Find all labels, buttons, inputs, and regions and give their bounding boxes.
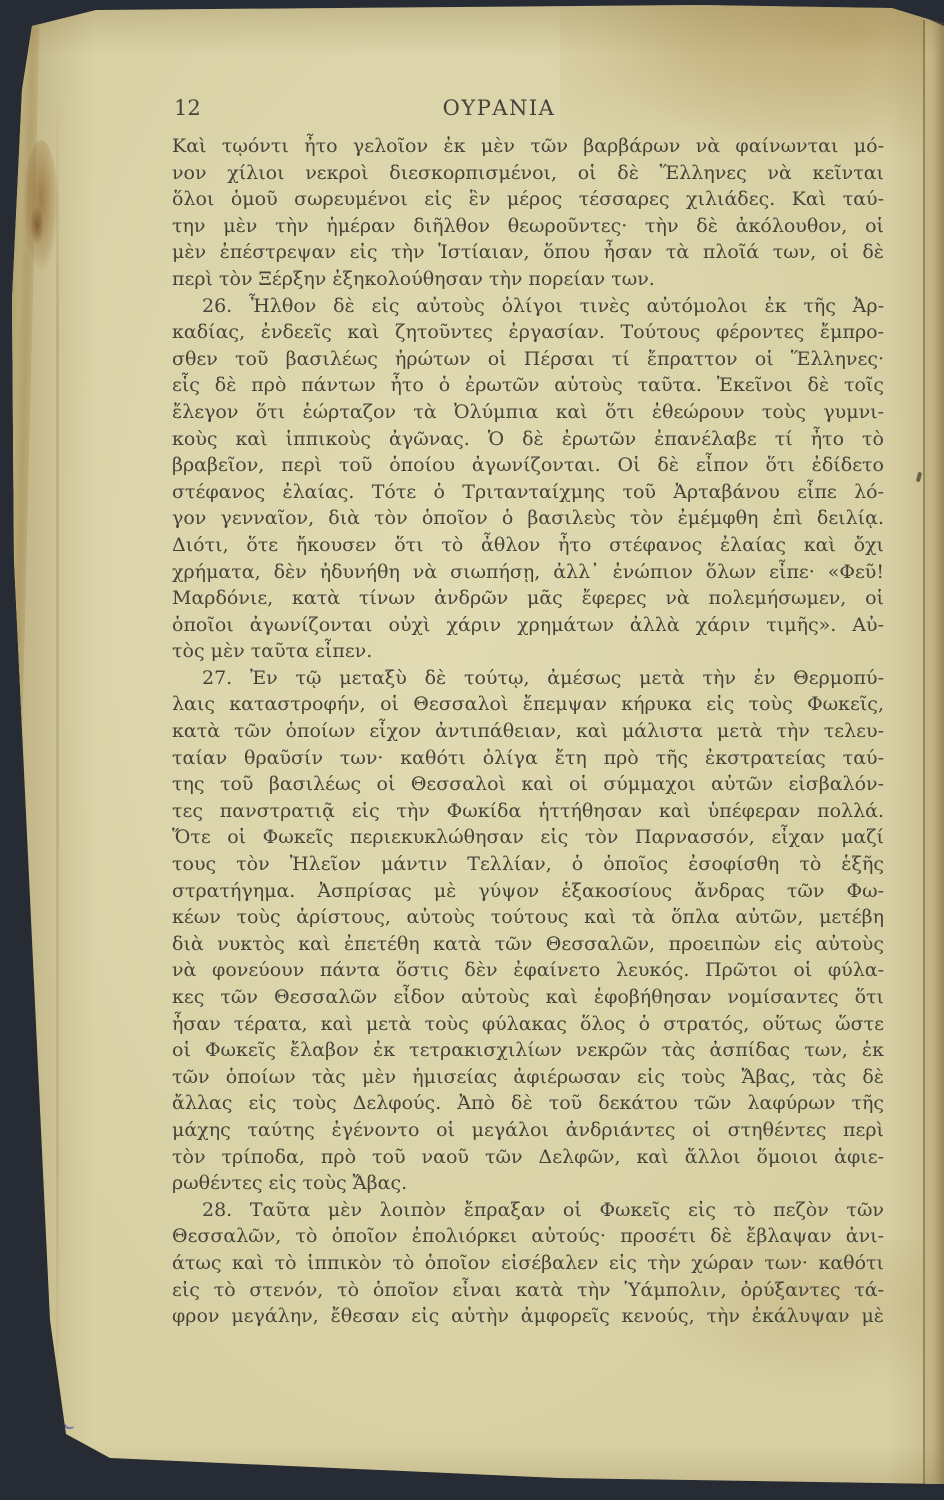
book-page: 12 ΟΥΡΑΝΙΑ Καὶ τῳόντι ἦτο γελοῖον ἐκ μὲν… (0, 0, 944, 1500)
text-line: άτως καὶ τὸ ἱππικὸν τὸ ὁποῖον εἰσέβαλεν … (172, 1250, 884, 1277)
edge-stain-dark (30, 205, 44, 245)
text-line: ἄλλας εἰς τοὺς Δελφούς. Ἀπὸ δὲ τοῦ δεκάτ… (172, 1090, 884, 1117)
page-gutter (925, 14, 944, 1500)
page-crease (923, 20, 925, 1500)
text-line: Ὅτε οἱ Φωκεῖς περιεκυκλώθησαν εἰς τὸν Πα… (172, 824, 884, 851)
ink-speck (916, 472, 922, 483)
text-line: λαις καταστροφήν, οἱ Θεσσαλοὶ ἔπεμψαν κή… (172, 691, 884, 718)
text-line: βραβεῖον, περὶ τοῦ ὁποίου ἀγωνίζονται. Ο… (172, 452, 884, 479)
text-line: κέων τοὺς ἀρίστους, αὐτοὺς τούτους καὶ τ… (172, 904, 884, 931)
text-line: μὲν ἐπέστρεψαν εἰς τὴν Ἱστίαιαν, ὅπου ἦσ… (172, 239, 884, 266)
text-line: ρωθέντες εἰς τοὺς Ἄβας. (172, 1170, 884, 1197)
text-line: καδίας, ἐνδεεῖς καὶ ζητοῦντες ἐργασίαν. … (172, 319, 884, 346)
paper-seam (56, 90, 59, 1430)
text-line: τὸν τρίποδα, πρὸ τοῦ ναοῦ τῶν Δελφῶν, κα… (172, 1144, 884, 1171)
text-line: Θεσσαλῶν, τὸ ὁποῖον ἐπολιόρκει αὐτούς· π… (172, 1223, 884, 1250)
text-line: γον γενναῖον, διὰ τὸν ὁποῖον ὁ βασιλεὺς … (172, 505, 884, 532)
text-line: Διότι, ὅτε ἤκουσεν ὅτι τὸ ἆθλον ἦτο στέφ… (172, 532, 884, 559)
text-line: Καὶ τῳόντι ἦτο γελοῖον ἐκ μὲν τῶν βαρβάρ… (172, 133, 884, 160)
text-line: Μαρδόνιε, κατὰ τίνων ἀνδρῶν μᾶς ἔφερες ν… (172, 585, 884, 612)
text-line: ἦσαν τέρατα, καὶ μετὰ τοὺς φύλακας ὅλος … (172, 1011, 884, 1038)
text-line: νον χίλιοι νεκροὶ διεσκορπισμένοι, οἱ δὲ… (172, 160, 884, 187)
text-line: μάχης ταύτης ἐγένοντο οἱ μεγάλοι ἀνδριάν… (172, 1117, 884, 1144)
text-line: στέφανος ἐλαίας. Τότε ὁ Τριτανταίχμης το… (172, 479, 884, 506)
text-line: τῶν ὁποίων τὰς μὲν ἡμισείας ἀφιέρωσαν εἰ… (172, 1064, 884, 1091)
text-line: νὰ φονεύουν πάντα ὅστις δὲν ἐφαίνετο λευ… (172, 957, 884, 984)
text-line: ἔλεγον ὅτι ἑώρταζον τὰ Ὀλύμπια καὶ ὅτι ἐ… (172, 399, 884, 426)
paragraph: 26. Ἦλθον δὲ εἰς αὐτοὺς ὀλίγοι τινὲς αὐτ… (172, 293, 884, 665)
text-line: τους τὸν Ἠλεῖον μάντιν Τελλίαν, ὁ ὁποῖος… (172, 851, 884, 878)
text-line: εἷς δὲ πρὸ πάντων ἦτο ὁ ἐρωτῶν αὐτοὺς τα… (172, 372, 884, 399)
text-line: 28. Ταῦτα μὲν λοιπὸν ἔπραξαν οἱ Φωκεῖς ε… (172, 1197, 884, 1224)
edge-stain (24, 140, 58, 270)
paragraph: Καὶ τῳόντι ἦτο γελοῖον ἐκ μὲν τῶν βαρβάρ… (172, 133, 884, 293)
text-line: στρατήγημα. Ἀσπρίσας μὲ γύψον ἑξακοσίους… (172, 878, 884, 905)
text-line: 27. Ἐν τῷ μεταξὺ δὲ τούτῳ, ἀμέσως μετὰ τ… (172, 665, 884, 692)
paragraph: 27. Ἐν τῷ μεταξὺ δὲ τούτῳ, ἀμέσως μετὰ τ… (172, 665, 884, 1197)
text-line: ὅλοι ὁμοῦ σωρευμένοι εἰς ἓν μέρος τέσσαρ… (172, 186, 884, 213)
body-text: Καὶ τῳόντι ἦτο γελοῖον ἐκ μὲν τῶν βαρβάρ… (172, 133, 884, 1330)
text-line: της τοῦ βασιλέως οἱ Θεσσαλοὶ καὶ οἱ σύμμ… (172, 771, 884, 798)
handwritten-ink-mark (58, 1411, 74, 1431)
running-title: ΟΥΡΑΝΙΑ (172, 96, 826, 120)
text-line: ταίαν θραῦσίν των· καθότι ὀλίγα ἔτη πρὸ … (172, 745, 884, 772)
text-line: κες τῶν Θεσσαλῶν εἶδον αὐτοὺς καὶ ἐφοβήθ… (172, 984, 884, 1011)
text-line: τες πανστρατιᾷ εἰς τὴν Φωκίδα ἡττήθησαν … (172, 798, 884, 825)
text-line: φρον μεγάλην, ἔθεσαν εἰς αὐτὴν ἀμφορεῖς … (172, 1303, 884, 1330)
text-line: κοὺς καὶ ἱππικοὺς ἀγῶνας. Ὁ δὲ ἐρωτῶν ἐπ… (172, 426, 884, 453)
text-line: κατὰ τῶν ὁποίων εἶχον ἀντιπάθειαν, καὶ μ… (172, 718, 884, 745)
text-line: σθεν τοῦ βασιλέως ἠρώτων οἱ Πέρσαι τί ἔπ… (172, 346, 884, 373)
text-line: χρήματα, δὲν ἠδυνήθη νὰ σιωπήσῃ, ἀλλ᾽ ἐν… (172, 559, 884, 586)
text-line: περὶ τὸν Ξέρξην ἐξηκολούθησαν τὴν πορεία… (172, 266, 884, 293)
text-line: τὸς μὲν ταῦτα εἶπεν. (172, 638, 884, 665)
page-header: 12 ΟΥΡΑΝΙΑ (172, 96, 884, 122)
text-line: την μὲν τὴν ἡμέραν διῆλθον θεωροῦντες· τ… (172, 213, 884, 240)
text-line: εἰς τὸ στενόν, τὸ ὁποῖον εἶναι κατὰ τὴν … (172, 1277, 884, 1304)
text-line: ὁποῖοι ἀγωνίζονται οὐχὶ χάριν χρημάτων ἀ… (172, 612, 884, 639)
text-line: 26. Ἦλθον δὲ εἰς αὐτοὺς ὀλίγοι τινὲς αὐτ… (172, 293, 884, 320)
paragraph: 28. Ταῦτα μὲν λοιπὸν ἔπραξαν οἱ Φωκεῖς ε… (172, 1197, 884, 1330)
text-line: διὰ νυκτὸς καὶ ἐπετέθη κατὰ τῶν Θεσσαλῶν… (172, 931, 884, 958)
text-line: οἱ Φωκεῖς ἔλαβον ἐκ τετρακισχιλίων νεκρῶ… (172, 1037, 884, 1064)
